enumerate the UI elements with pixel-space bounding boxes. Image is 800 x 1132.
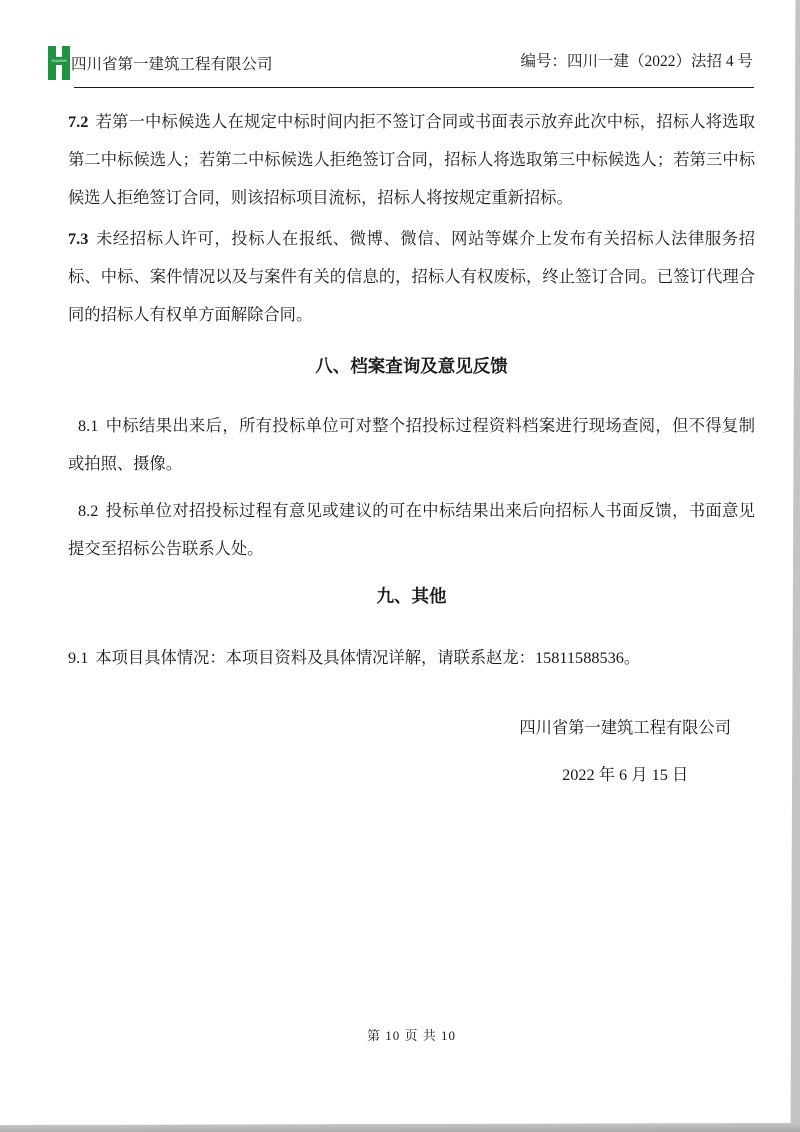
clause-7-2: 7.2若第一中标候选人在规定中标时间内拒不签订合同或书面表示放弃此次中标，招标人… xyxy=(68,103,755,217)
clause-number: 9.1 xyxy=(68,648,88,667)
section-heading-8: 八、档案查询及意见反馈 xyxy=(68,347,755,385)
page-number-footer: 第 10 页 共 10 xyxy=(68,1028,755,1044)
clause-9-1: 9.1本项目具体情况：本项目资料及具体情况详解，请联系赵龙：1581158853… xyxy=(68,639,755,677)
clause-number: 8.2 xyxy=(78,501,98,520)
clause-number: 8.1 xyxy=(78,416,98,435)
clause-text: 中标结果出来后，所有投标单位可对整个招投标过程资料档案进行现场查阅，但不得复制或… xyxy=(68,416,755,473)
clause-number: 7.2 xyxy=(68,112,88,131)
doc-number: 编号：四川一建（2022）法招 4 号 xyxy=(520,53,753,71)
document-page: HUASHI 四川省第一建筑工程有限公司 编号：四川一建（2022）法招 4 号… xyxy=(0,0,800,1132)
logo-text: HUASHI xyxy=(51,59,66,63)
signature-area: 四川省第一建筑工程有限公司 2022 年 6 月 15 日 xyxy=(68,709,755,794)
page-edge-bottom xyxy=(0,1123,800,1132)
clause-number: 7.3 xyxy=(68,229,88,248)
signature-company: 四川省第一建筑工程有限公司 xyxy=(519,709,731,747)
company-logo-icon: HUASHI xyxy=(48,46,70,80)
clause-text: 若第一中标候选人在规定中标时间内拒不签订合同或书面表示放弃此次中标，招标人将选取… xyxy=(68,112,755,207)
document-body: 7.2若第一中标候选人在规定中标时间内拒不签订合同或书面表示放弃此次中标，招标人… xyxy=(68,103,755,794)
section-heading-9: 九、其他 xyxy=(68,577,755,615)
signature-date: 2022 年 6 月 15 日 xyxy=(519,756,731,794)
header: HUASHI 四川省第一建筑工程有限公司 xyxy=(48,46,273,80)
page-edge-right xyxy=(791,0,800,1132)
clause-8-2: 8.2投标单位对招投标过程有意见或建议的可在中标结果出来后向招标人书面反馈，书面… xyxy=(68,492,755,568)
clause-text: 投标单位对招投标过程有意见或建议的可在中标结果出来后向招标人书面反馈，书面意见提… xyxy=(68,501,755,558)
clause-text: 未经招标人许可，投标人在报纸、微博、微信、网站等媒介上发布有关招标人法律服务招标… xyxy=(68,229,755,324)
clause-8-1: 8.1中标结果出来后，所有投标单位可对整个招投标过程资料档案进行现场查阅，但不得… xyxy=(68,407,755,483)
clause-7-3: 7.3未经招标人许可，投标人在报纸、微博、微信、网站等媒介上发布有关招标人法律服… xyxy=(68,220,755,334)
header-divider xyxy=(74,87,754,88)
clause-text: 本项目具体情况：本项目资料及具体情况详解，请联系赵龙：15811588536。 xyxy=(95,648,640,667)
header-company-name: 四川省第一建筑工程有限公司 xyxy=(71,56,273,80)
signature-block: 四川省第一建筑工程有限公司 2022 年 6 月 15 日 xyxy=(519,709,731,794)
